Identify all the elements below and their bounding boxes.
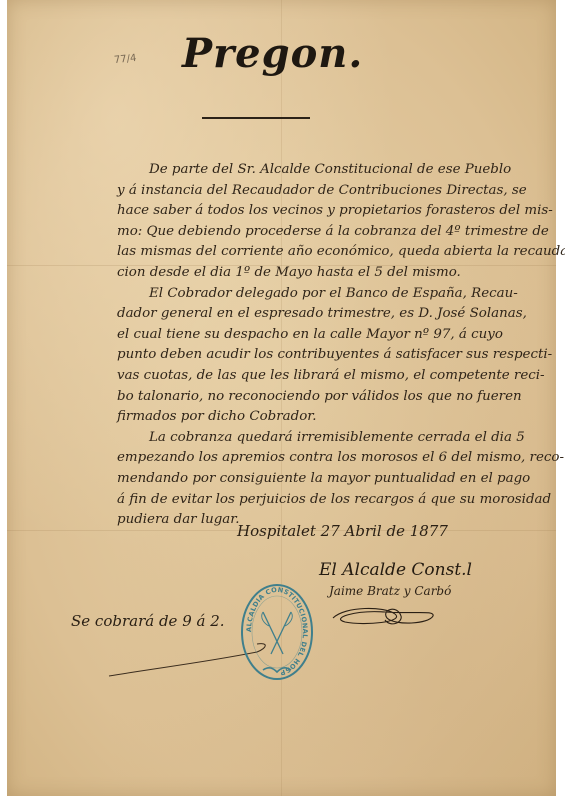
paragraph-1: De parte del Sr. Alcalde Constitucional …	[117, 160, 557, 284]
text-line: mo: Que debiendo procederse á la cobranz…	[117, 222, 557, 243]
text-line: El Cobrador delegado por el Banco de Esp…	[117, 284, 557, 305]
signature-name: Jaime Bratz y Carbó	[329, 584, 451, 598]
text-line: á fin de evitar los perjuicios de los re…	[117, 490, 557, 511]
document-page: 77/4 Pregon. De parte del Sr. Alcalde Co…	[7, 0, 556, 796]
text-line: punto deben acudir los contribuyentes á …	[117, 345, 557, 366]
text-line: el cual tiene su despacho en la calle Ma…	[117, 325, 557, 346]
municipal-seal-icon: ALCALDIA CONSTITUCIONAL DEL HOSPITALET	[239, 582, 315, 682]
paragraph-3: La cobranza quedará irremisiblemente cer…	[117, 428, 557, 531]
text-line: dador general en el espresado trimestre,…	[117, 304, 557, 325]
proclamation-body: De parte del Sr. Alcalde Constitucional …	[117, 160, 557, 531]
text-line: De parte del Sr. Alcalde Constitucional …	[117, 160, 557, 181]
paragraph-2: El Cobrador delegado por el Banco de Esp…	[117, 284, 557, 428]
text-line: firmados por dicho Cobrador.	[117, 407, 557, 428]
text-line: bo talonario, no reconociendo por válido…	[117, 387, 557, 408]
text-line: mendando por consiguiente la mayor puntu…	[117, 469, 557, 490]
text-line: las mismas del corriente año económico, …	[117, 242, 557, 263]
text-line: y á instancia del Recaudador de Contribu…	[117, 181, 557, 202]
text-line: empezando los apremios contra los moroso…	[117, 448, 557, 469]
title-underline	[202, 117, 310, 119]
text-line: cion desde el dia 1º de Mayo hasta el 5 …	[117, 263, 557, 284]
margin-note: 77/4	[113, 53, 136, 66]
text-line: La cobranza quedará irremisiblemente cer…	[117, 428, 557, 449]
place-and-date: Hospitalet 27 Abril de 1877	[237, 522, 448, 540]
signature-rubric-icon	[325, 600, 445, 630]
collection-hours-note: Se cobrará de 9 á 2.	[71, 612, 225, 630]
document-title: Pregon.	[182, 30, 363, 77]
text-line: hace saber á todos los vecinos y propiet…	[117, 201, 557, 222]
signature-title: El Alcalde Const.l	[319, 560, 472, 580]
text-line: vas cuotas, de las que les librará el mi…	[117, 366, 557, 387]
